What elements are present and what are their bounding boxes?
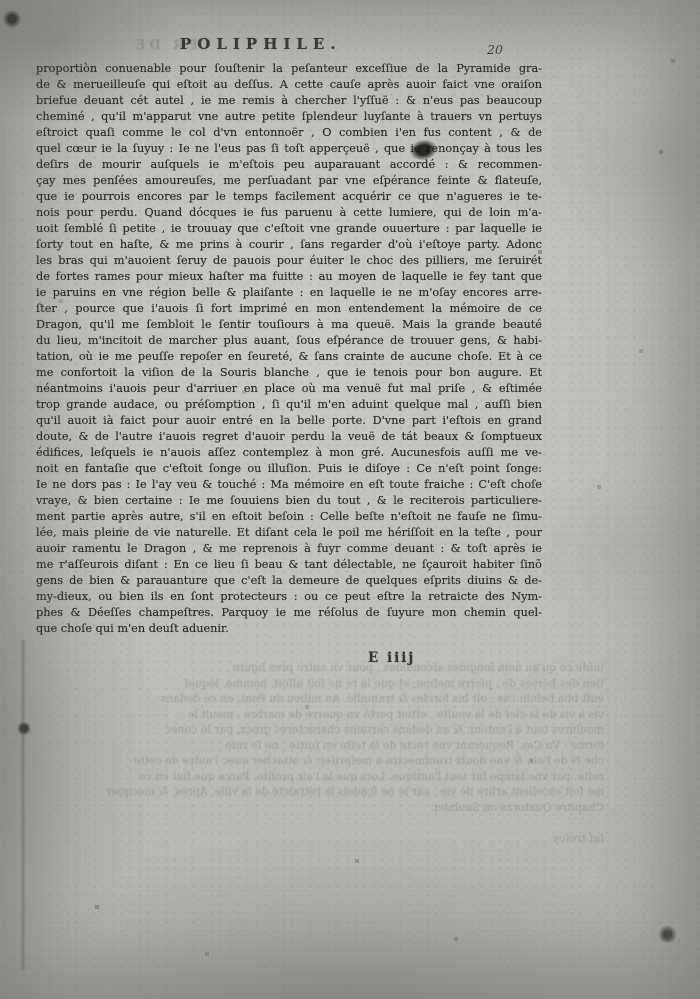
text-line: çay mes penſées amoureuſes, me perſuadan… [36,173,542,189]
text-line: que ie pourrois encores par le temps fac… [36,189,542,205]
text-line: les bras qui m'auoient ſeruy de pauois p… [36,253,542,269]
ink-spot [17,721,31,736]
text-line: Ie ne dors pas : Ie l'ay veu & touché : … [36,477,542,493]
body-text-block: proportiòn conuenable pour ſouſtenir la … [36,61,542,637]
text-line: quel cœur ie la ſuyuy : Ie ne l'eus pas … [36,141,542,157]
text-line: tation, où ie me peuſſe repoſer en ſeure… [36,349,542,365]
text-line: édifices, leſquels ie n'auois aſſez cont… [36,445,542,461]
running-title: POLIPHILE. [180,35,342,53]
text-line: que choſe qui m'en deuſt aduenir. [36,621,542,637]
text-line: auoir ramentu le Dragon , & me reprenois… [36,541,542,557]
text-line: reſte, par vne lampe ſur tout l'antique.… [32,769,604,785]
verso-bleedthrough-header: ER DE [48,38,198,53]
text-line: proportiòn conuenable pour ſouſtenir la … [36,61,542,77]
text-line: moulures tout à l'entour, & au dedans ce… [32,722,604,738]
folio-page-number: 20 [487,42,503,57]
text-line: uoit ſemblé ſi petite , ie trouuay que c… [36,221,542,237]
book-page-photo: ER DE POLIPHILE. 20 proportiòn conuenabl… [0,0,700,999]
text-line: noit en fantaſie que c'eſtoit ſonge ou i… [36,461,542,477]
text-line: forme : Vn Cas. Requerant vne recte de l… [32,738,604,754]
text-line: vis à vis de la clef de la voulte , eſto… [32,707,604,723]
text-line: tien des herses de , pierre meſme; et qu… [32,676,604,692]
text-line: me confortoit la viſion de la Souris bla… [36,365,542,381]
text-line: lée, mais pleine de vie naturelle. Et di… [36,525,542,541]
text-line: ment partie après autre, s'il en eſtoit … [36,509,542,525]
text-line: Chapitre Quatorze on Saulnier. [32,800,604,816]
text-line: de fortes rames pour mieux haſter ma fui… [36,269,542,285]
ink-spot [658,925,677,944]
text-line: me r'aſſeurois diſant : En ce lieu ſi be… [36,557,542,573]
text-line: phes & Déeſſes champeſtres. Parquoy ie m… [36,605,542,621]
text-line: me ſoit excellent arbre de vie , car ie … [32,784,604,800]
text-line: eſtroict quaſi comme le col d'vn entonno… [36,125,542,141]
text-line: Dragon, qu'il me ſembloit le ſentir touſ… [36,317,542,333]
text-line: néantmoins i'auois peur d'arriuer en pla… [36,381,542,397]
text-line: trop grande audace, ou préſomption , ſi … [36,397,542,413]
text-line: ie paruins en vne région belle & plaiſan… [36,285,542,301]
verso-bleedthrough-text: iuſde ce qu'au nein longides aſcondides … [32,660,604,847]
page-edge-shadow [20,640,26,970]
signature-mark: E iiij [368,650,415,666]
paper-specks [0,0,2,2]
text-line: che N de l'air, & vne doulx tranſmectra … [32,753,604,769]
text-line: cheminé , qu'il m'apparut vne autre peti… [36,109,542,125]
ink-spot [3,10,21,28]
text-line: ſorty tout en haſte, & me prins à courir… [36,237,542,253]
text-line: euſt bha beſoin cas : olt bis forcles & … [32,691,604,707]
text-line: doute, & de l'autre i'auois regret d'auo… [36,429,542,445]
text-line: de & merueilleuſe qui eſtoit au deſſus. … [36,77,542,93]
text-line: ſter , pource que i'auois ſi fort imprim… [36,301,542,317]
text-line: ſaſ treſoy [32,831,604,847]
text-line: briefue deuant cét autel , ie me remis à… [36,93,542,109]
text-line: my-dieux, ou bien ils en ſont protecteur… [36,589,542,605]
text-line: du lieu, m'incitoit de marcher plus auan… [36,333,542,349]
text-line: iuſde ce qu'au nein longides aſcondides … [32,660,604,676]
text-line: qu'il auoit ià faict pour auoir entré en… [36,413,542,429]
text-line: nois pour perdu. Quand dócques ie fus pa… [36,205,542,221]
text-line: gens de bien & parauanture que c'eſt la … [36,573,542,589]
text-line: vraye, & bien certaine : Ie me ſouuiens … [36,493,542,509]
text-line: deſirs de mourir auſquels ie m'eſtois pe… [36,157,542,173]
